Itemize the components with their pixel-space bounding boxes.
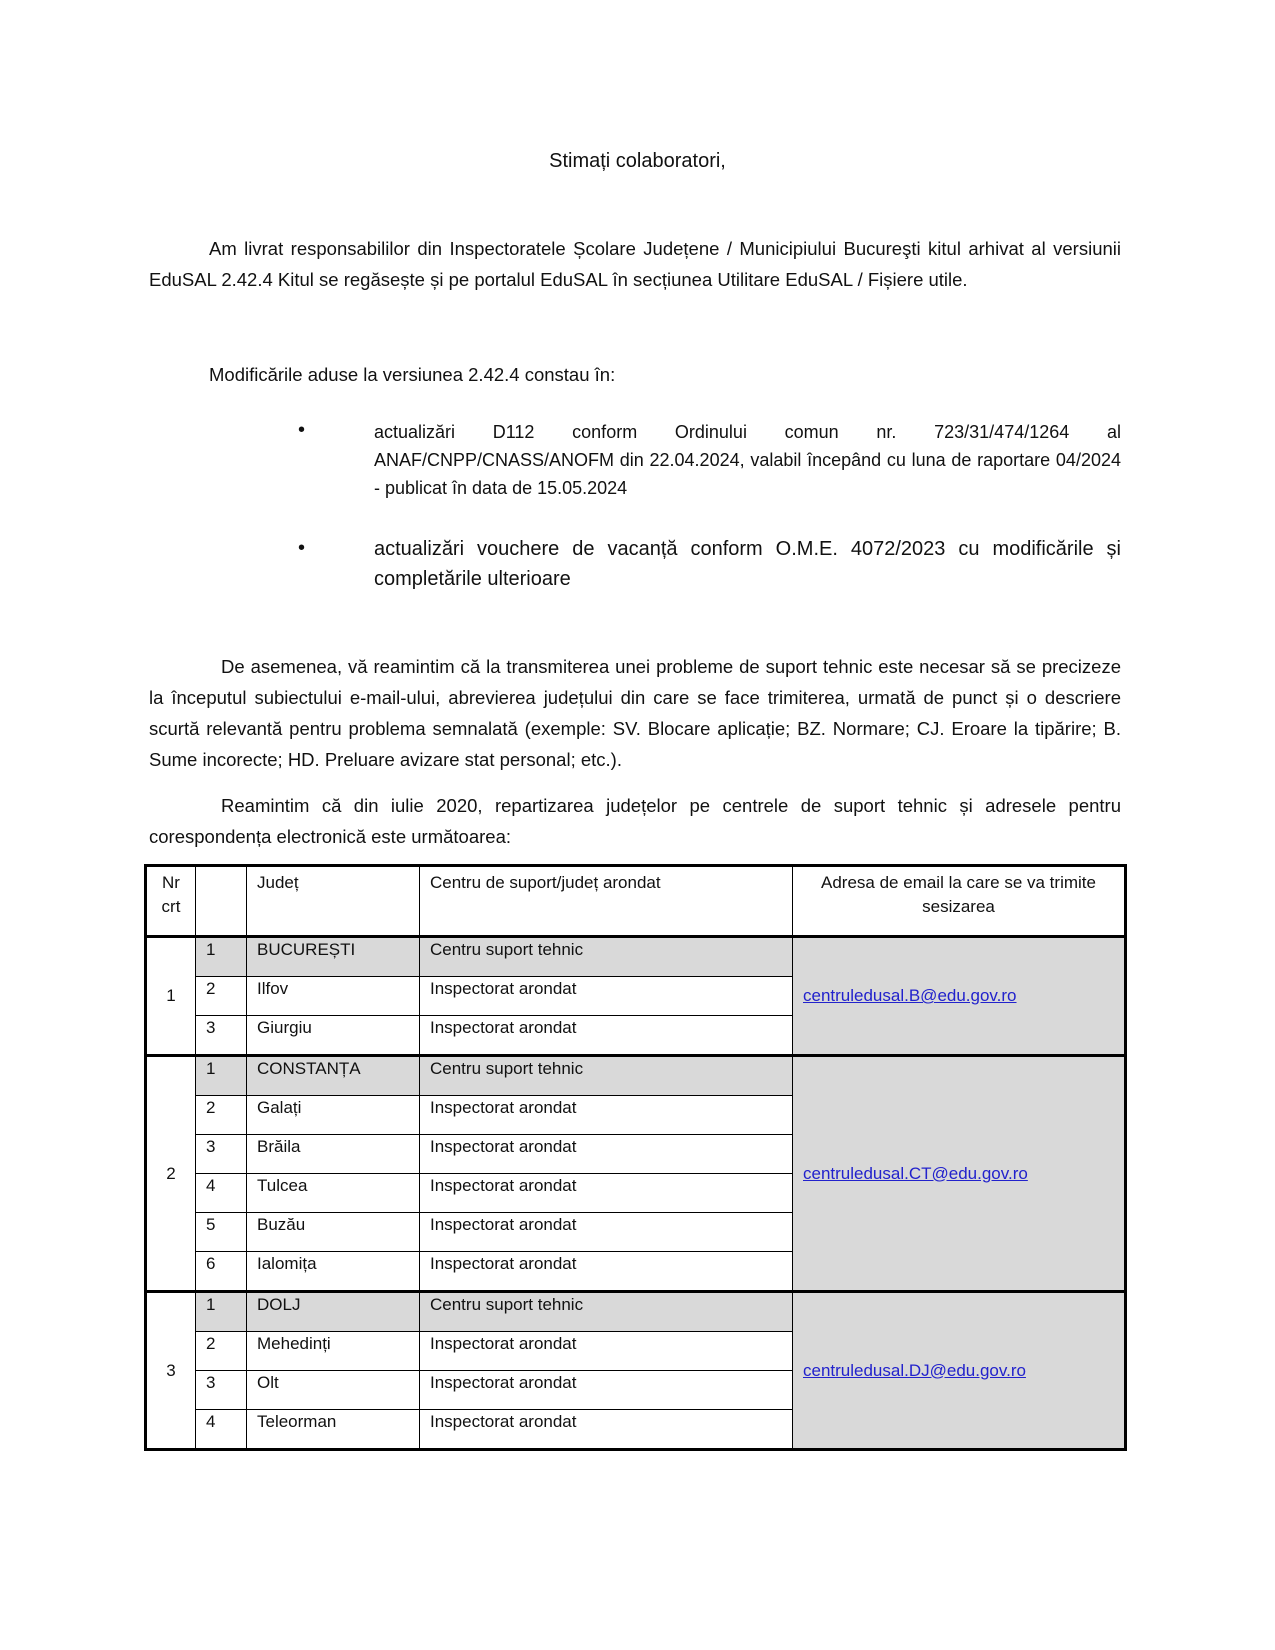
row-index: 5 bbox=[196, 1213, 247, 1252]
center-type: Inspectorat arondat bbox=[420, 977, 793, 1016]
email-link[interactable]: centruledusal.B@edu.gov.ro bbox=[803, 986, 1017, 1005]
salutation: Stimați colaboratori, bbox=[0, 150, 1275, 173]
bullet-text: actualizări vouchere de vacanță conform … bbox=[374, 534, 1121, 594]
center-type: Inspectorat arondat bbox=[420, 1213, 793, 1252]
row-index: 3 bbox=[196, 1016, 247, 1056]
county-name: Mehedinți bbox=[247, 1332, 420, 1371]
table-body: 11BUCUREȘTICentru suport tehniccentruled… bbox=[146, 937, 1126, 1450]
row-index: 3 bbox=[196, 1135, 247, 1174]
group-email-cell: centruledusal.CT@edu.gov.ro bbox=[793, 1056, 1126, 1292]
header-nr-crt: Nr crt bbox=[146, 866, 196, 937]
header-centru: Centru de suport/județ arondat bbox=[420, 866, 793, 937]
header-judet: Județ bbox=[247, 866, 420, 937]
header-index bbox=[196, 866, 247, 937]
row-index: 4 bbox=[196, 1174, 247, 1213]
center-type: Centru suport tehnic bbox=[420, 1292, 793, 1332]
county-name: DOLJ bbox=[247, 1292, 420, 1332]
group-number: 2 bbox=[146, 1056, 196, 1292]
paragraph-assignment-intro: Reamintim că din iulie 2020, repartizare… bbox=[149, 790, 1121, 852]
table-row: 21CONSTANȚACentru suport tehniccentruled… bbox=[146, 1056, 1126, 1096]
center-type: Inspectorat arondat bbox=[420, 1016, 793, 1056]
group-number: 1 bbox=[146, 937, 196, 1056]
center-type: Inspectorat arondat bbox=[420, 1174, 793, 1213]
row-index: 1 bbox=[196, 1056, 247, 1096]
row-index: 1 bbox=[196, 937, 247, 977]
county-name: Brăila bbox=[247, 1135, 420, 1174]
county-name: CONSTANȚA bbox=[247, 1056, 420, 1096]
center-type: Inspectorat arondat bbox=[420, 1135, 793, 1174]
row-index: 6 bbox=[196, 1252, 247, 1292]
row-index: 2 bbox=[196, 1096, 247, 1135]
header-email: Adresa de email la care se va trimite se… bbox=[793, 866, 1126, 937]
group-number: 3 bbox=[146, 1292, 196, 1450]
row-index: 3 bbox=[196, 1371, 247, 1410]
table-row: 31DOLJCentru suport tehniccentruledusal.… bbox=[146, 1292, 1126, 1332]
center-type: Inspectorat arondat bbox=[420, 1371, 793, 1410]
county-name: BUCUREȘTI bbox=[247, 937, 420, 977]
county-name: Buzău bbox=[247, 1213, 420, 1252]
county-name: Ialomița bbox=[247, 1252, 420, 1292]
county-name: Olt bbox=[247, 1371, 420, 1410]
county-name: Galați bbox=[247, 1096, 420, 1135]
email-link[interactable]: centruledusal.CT@edu.gov.ro bbox=[803, 1164, 1028, 1183]
row-index: 4 bbox=[196, 1410, 247, 1450]
table-row: 11BUCUREȘTICentru suport tehniccentruled… bbox=[146, 937, 1126, 977]
bullet-icon: • bbox=[298, 537, 305, 560]
row-index: 2 bbox=[196, 1332, 247, 1371]
document-page: Stimați colaboratori, Am livrat responsa… bbox=[0, 0, 1275, 1650]
center-type: Inspectorat arondat bbox=[420, 1410, 793, 1450]
county-name: Teleorman bbox=[247, 1410, 420, 1450]
table-header-row: Nr crt Județ Centru de suport/județ aron… bbox=[146, 866, 1126, 937]
center-type: Inspectorat arondat bbox=[420, 1252, 793, 1292]
group-email-cell: centruledusal.DJ@edu.gov.ro bbox=[793, 1292, 1126, 1450]
email-link[interactable]: centruledusal.DJ@edu.gov.ro bbox=[803, 1361, 1026, 1380]
center-type: Centru suport tehnic bbox=[420, 937, 793, 977]
bullet-icon: • bbox=[298, 419, 305, 442]
changes-intro: Modificările aduse la versiunea 2.42.4 c… bbox=[209, 359, 1181, 390]
county-name: Giurgiu bbox=[247, 1016, 420, 1056]
paragraph-support-instructions: De asemenea, vă reamintim că la transmit… bbox=[149, 651, 1121, 775]
center-type: Inspectorat arondat bbox=[420, 1096, 793, 1135]
county-name: Tulcea bbox=[247, 1174, 420, 1213]
support-centers-table: Nr crt Județ Centru de suport/județ aron… bbox=[144, 864, 1127, 1451]
center-type: Centru suport tehnic bbox=[420, 1056, 793, 1096]
group-email-cell: centruledusal.B@edu.gov.ro bbox=[793, 937, 1126, 1056]
paragraph-kit-delivery: Am livrat responsabililor din Inspectora… bbox=[149, 233, 1121, 295]
row-index: 1 bbox=[196, 1292, 247, 1332]
county-name: Ilfov bbox=[247, 977, 420, 1016]
row-index: 2 bbox=[196, 977, 247, 1016]
bullet-text: actualizări D112 conform Ordinului comun… bbox=[374, 418, 1121, 502]
center-type: Inspectorat arondat bbox=[420, 1332, 793, 1371]
